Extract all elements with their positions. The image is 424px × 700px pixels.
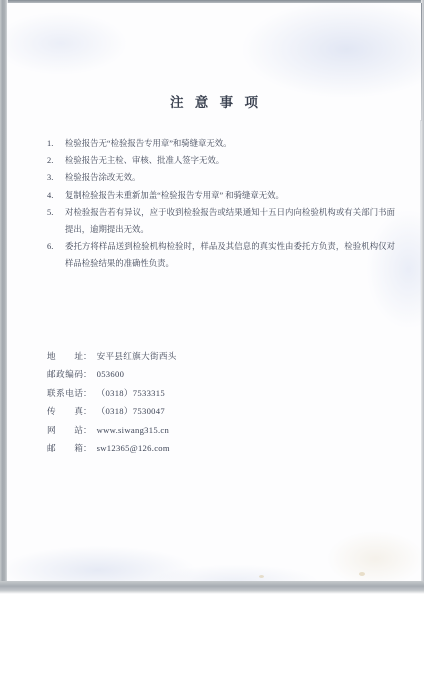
note-number: 5. bbox=[47, 204, 65, 238]
contact-separator: ： bbox=[83, 384, 92, 402]
note-text: 检验报告无“检验报告专用章”和骑缝章无效。 bbox=[65, 135, 395, 152]
scanned-sheet: 注 意 事 项 1. 检验报告无“检验报告专用章”和骑缝章无效。 2. 检验报告… bbox=[0, 0, 424, 594]
paper-speck bbox=[259, 575, 264, 578]
contact-row-email: 邮箱：sw12365@126.com bbox=[47, 439, 177, 457]
page-title: 注 意 事 项 bbox=[7, 96, 421, 110]
note-number: 6. bbox=[47, 238, 65, 272]
contact-value: 053600 bbox=[97, 365, 125, 383]
contact-value: 安平县红旗大街西头 bbox=[97, 347, 177, 365]
contact-label: 联系电话 bbox=[47, 384, 83, 402]
note-item: 4. 复制检验报告未重新加盖“检验报告专用章” 和骑缝章无效。 bbox=[47, 187, 395, 204]
scan-crease-line bbox=[421, 3, 422, 121]
contact-separator: ： bbox=[83, 421, 92, 439]
contact-separator: ： bbox=[83, 347, 92, 365]
note-number: 3. bbox=[47, 169, 65, 186]
contact-row-website: 网站：www.siwang315.cn bbox=[47, 421, 177, 439]
contact-separator: ： bbox=[83, 365, 92, 383]
note-text: 复制检验报告未重新加盖“检验报告专用章” 和骑缝章无效。 bbox=[65, 187, 395, 204]
contact-row-postcode: 邮政编码：053600 bbox=[47, 365, 177, 383]
contact-label: 邮政编码 bbox=[47, 365, 83, 383]
contact-value: www.siwang315.cn bbox=[97, 421, 170, 439]
note-number: 2. bbox=[47, 152, 65, 169]
contact-separator: ： bbox=[83, 402, 92, 420]
paper-speck bbox=[359, 572, 365, 576]
contact-row-fax: 传真：（0318）7530047 bbox=[47, 402, 177, 420]
contact-separator: ： bbox=[83, 439, 92, 457]
note-number: 1. bbox=[47, 135, 65, 152]
note-item: 5. 对检验报告若有异议，应于收到检验报告或结果通知十五日内向检验机构或有关部门… bbox=[47, 204, 395, 238]
note-item: 6. 委托方将样品送到检验机构检验时，样品及其信息的真实性由委托方负责，检验机构… bbox=[47, 238, 395, 272]
contact-label: 网站 bbox=[47, 421, 83, 439]
contact-value: sw12365@126.com bbox=[97, 439, 170, 457]
contact-label: 地址 bbox=[47, 347, 83, 365]
note-item: 2. 检验报告无主检、审核、批准人签字无效。 bbox=[47, 152, 395, 169]
note-item: 3. 检验报告涂改无效。 bbox=[47, 169, 395, 186]
note-text: 对检验报告若有异议，应于收到检验报告或结果通知十五日内向检验机构或有关部门书面提… bbox=[65, 204, 395, 238]
note-number: 4. bbox=[47, 187, 65, 204]
contact-block: 地址：安平县红旗大街西头 邮政编码：053600 联系电话：（0318）7533… bbox=[47, 347, 177, 457]
contact-label: 邮箱 bbox=[47, 439, 83, 457]
note-item: 1. 检验报告无“检验报告专用章”和骑缝章无效。 bbox=[47, 135, 395, 152]
document-page: 注 意 事 项 1. 检验报告无“检验报告专用章”和骑缝章无效。 2. 检验报告… bbox=[7, 3, 421, 582]
contact-value: （0318）7530047 bbox=[97, 402, 165, 420]
contact-row-address: 地址：安平县红旗大街西头 bbox=[47, 347, 177, 365]
note-text: 委托方将样品送到检验机构检验时，样品及其信息的真实性由委托方负责，检验机构仅对样… bbox=[65, 238, 395, 272]
contact-label: 传真 bbox=[47, 402, 83, 420]
scan-edge-bottom bbox=[0, 581, 424, 594]
notices-list: 1. 检验报告无“检验报告专用章”和骑缝章无效。 2. 检验报告无主检、审核、批… bbox=[47, 135, 395, 273]
contact-row-phone: 联系电话：（0318）7533315 bbox=[47, 384, 177, 402]
scan-crease-line-faint bbox=[420, 120, 421, 370]
note-text: 检验报告涂改无效。 bbox=[65, 169, 395, 186]
contact-value: （0318）7533315 bbox=[97, 384, 165, 402]
note-text: 检验报告无主检、审核、批准人签字无效。 bbox=[65, 152, 395, 169]
